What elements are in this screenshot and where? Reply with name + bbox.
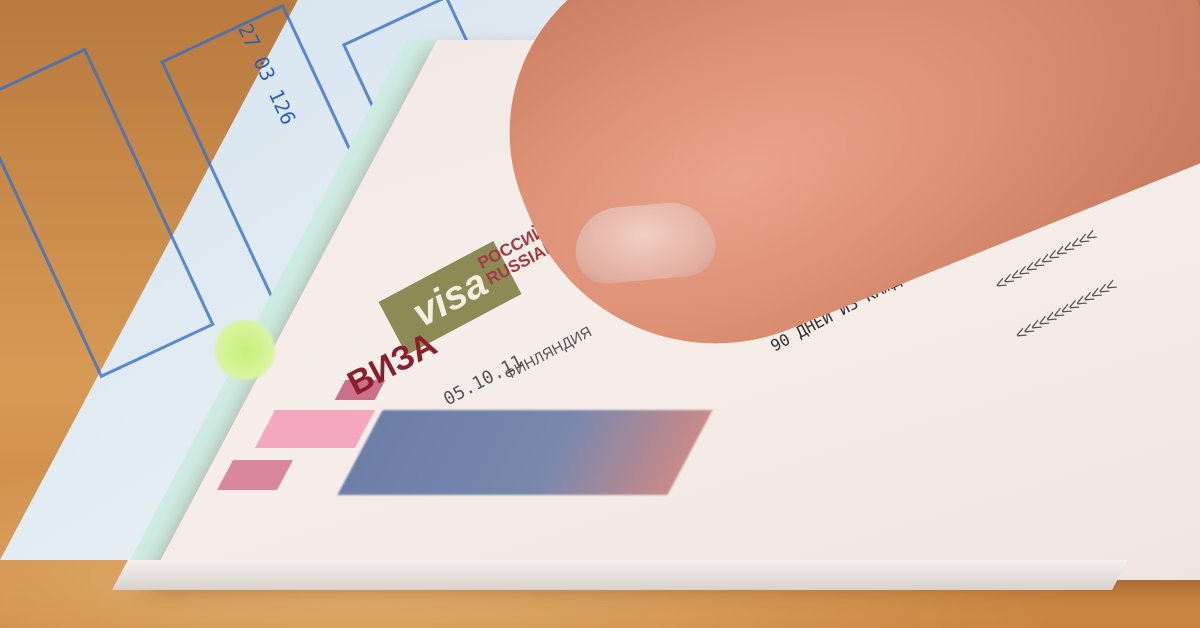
photo-scene: 27 03 126 visa ВИЗА РОССИЙСКАЯ ФЕДЕРАЦИЯ… xyxy=(0,0,1200,628)
hologram-photo-area xyxy=(337,410,712,495)
visa-title: ВИЗА xyxy=(341,325,443,404)
hologram-glint xyxy=(210,320,280,380)
security-pattern xyxy=(217,460,293,490)
thumb-skin xyxy=(455,0,1200,404)
thumb xyxy=(550,0,1200,360)
security-pattern xyxy=(255,410,375,448)
